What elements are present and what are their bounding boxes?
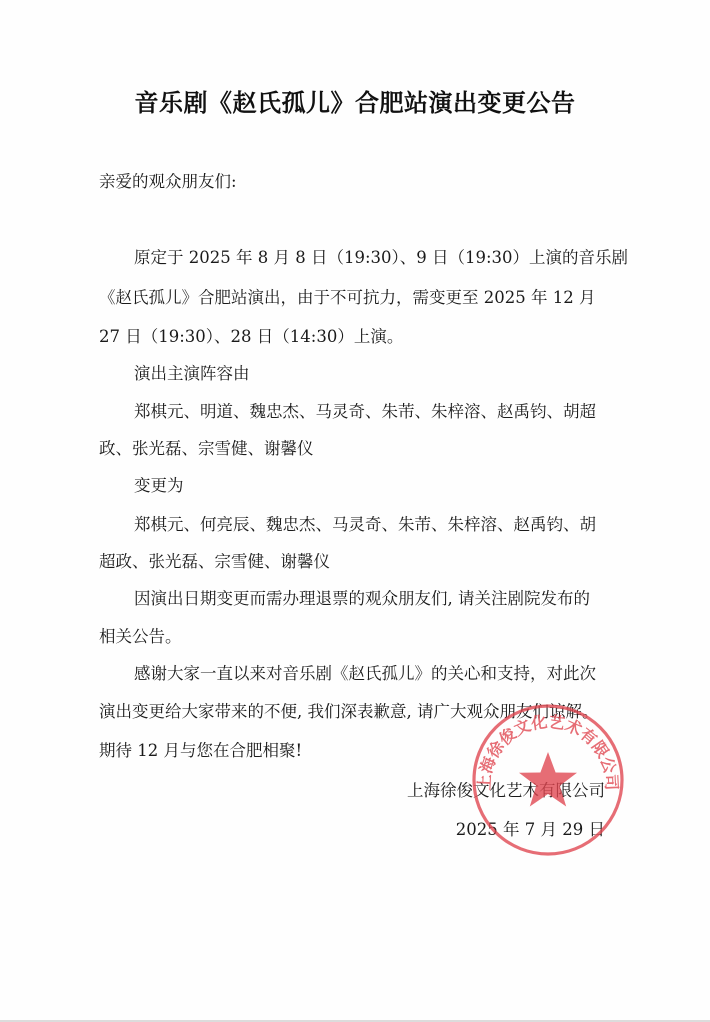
original-cast-line-2: 政、张光磊、宗雪健、谢馨仪 xyxy=(99,435,314,459)
new-cast-line-1: 郑棋元、何亮辰、魏忠杰、马灵奇、朱芾、朱梓溶、赵禹钧、胡 xyxy=(134,511,596,535)
thanks-line-3: 期待 12 月与您在合肥相聚! xyxy=(99,737,302,761)
salutation: 亲爱的观众朋友们: xyxy=(99,168,237,192)
document-page: 音乐剧《赵氏孤儿》合肥站演出变更公告 亲爱的观众朋友们: 原定于 2025 年 … xyxy=(0,0,710,1022)
thanks-line-2: 演出变更给大家带来的不便, 我们深表歉意, 请广大观众朋友们谅解。 xyxy=(99,698,598,722)
signature-company: 上海徐俊文化艺术有限公司 xyxy=(407,777,605,801)
paragraph-schedule-line-3: 27 日（19:30）、28 日（14:30）上演。 xyxy=(99,323,403,347)
refund-notice-line-1: 因演出日期变更而需办理退票的观众朋友们, 请关注剧院发布的 xyxy=(134,585,590,609)
original-cast-line-1: 郑棋元、明道、魏忠杰、马灵奇、朱芾、朱梓溶、赵禹钧、胡超 xyxy=(134,398,596,422)
changed-to-label: 变更为 xyxy=(134,472,184,496)
new-cast-line-2: 超政、张光磊、宗雪健、谢馨仪 xyxy=(99,548,330,572)
paragraph-schedule-line-2: 《赵氏孤儿》合肥站演出，由于不可抗力，需变更至 2025 年 12 月 xyxy=(99,284,595,308)
refund-notice-line-2: 相关公告。 xyxy=(99,623,182,647)
paragraph-schedule-line-1: 原定于 2025 年 8 月 8 日（19:30）、9 日（19:30）上演的音… xyxy=(134,244,628,268)
thanks-line-1: 感谢大家一直以来对音乐剧《赵氏孤儿》的关心和支持，对此次 xyxy=(134,660,596,684)
signature-date: 2025 年 7 月 29 日 xyxy=(456,816,605,840)
original-cast-label: 演出主演阵容由 xyxy=(134,360,250,384)
page-title: 音乐剧《赵氏孤儿》合肥站演出变更公告 xyxy=(0,83,710,118)
